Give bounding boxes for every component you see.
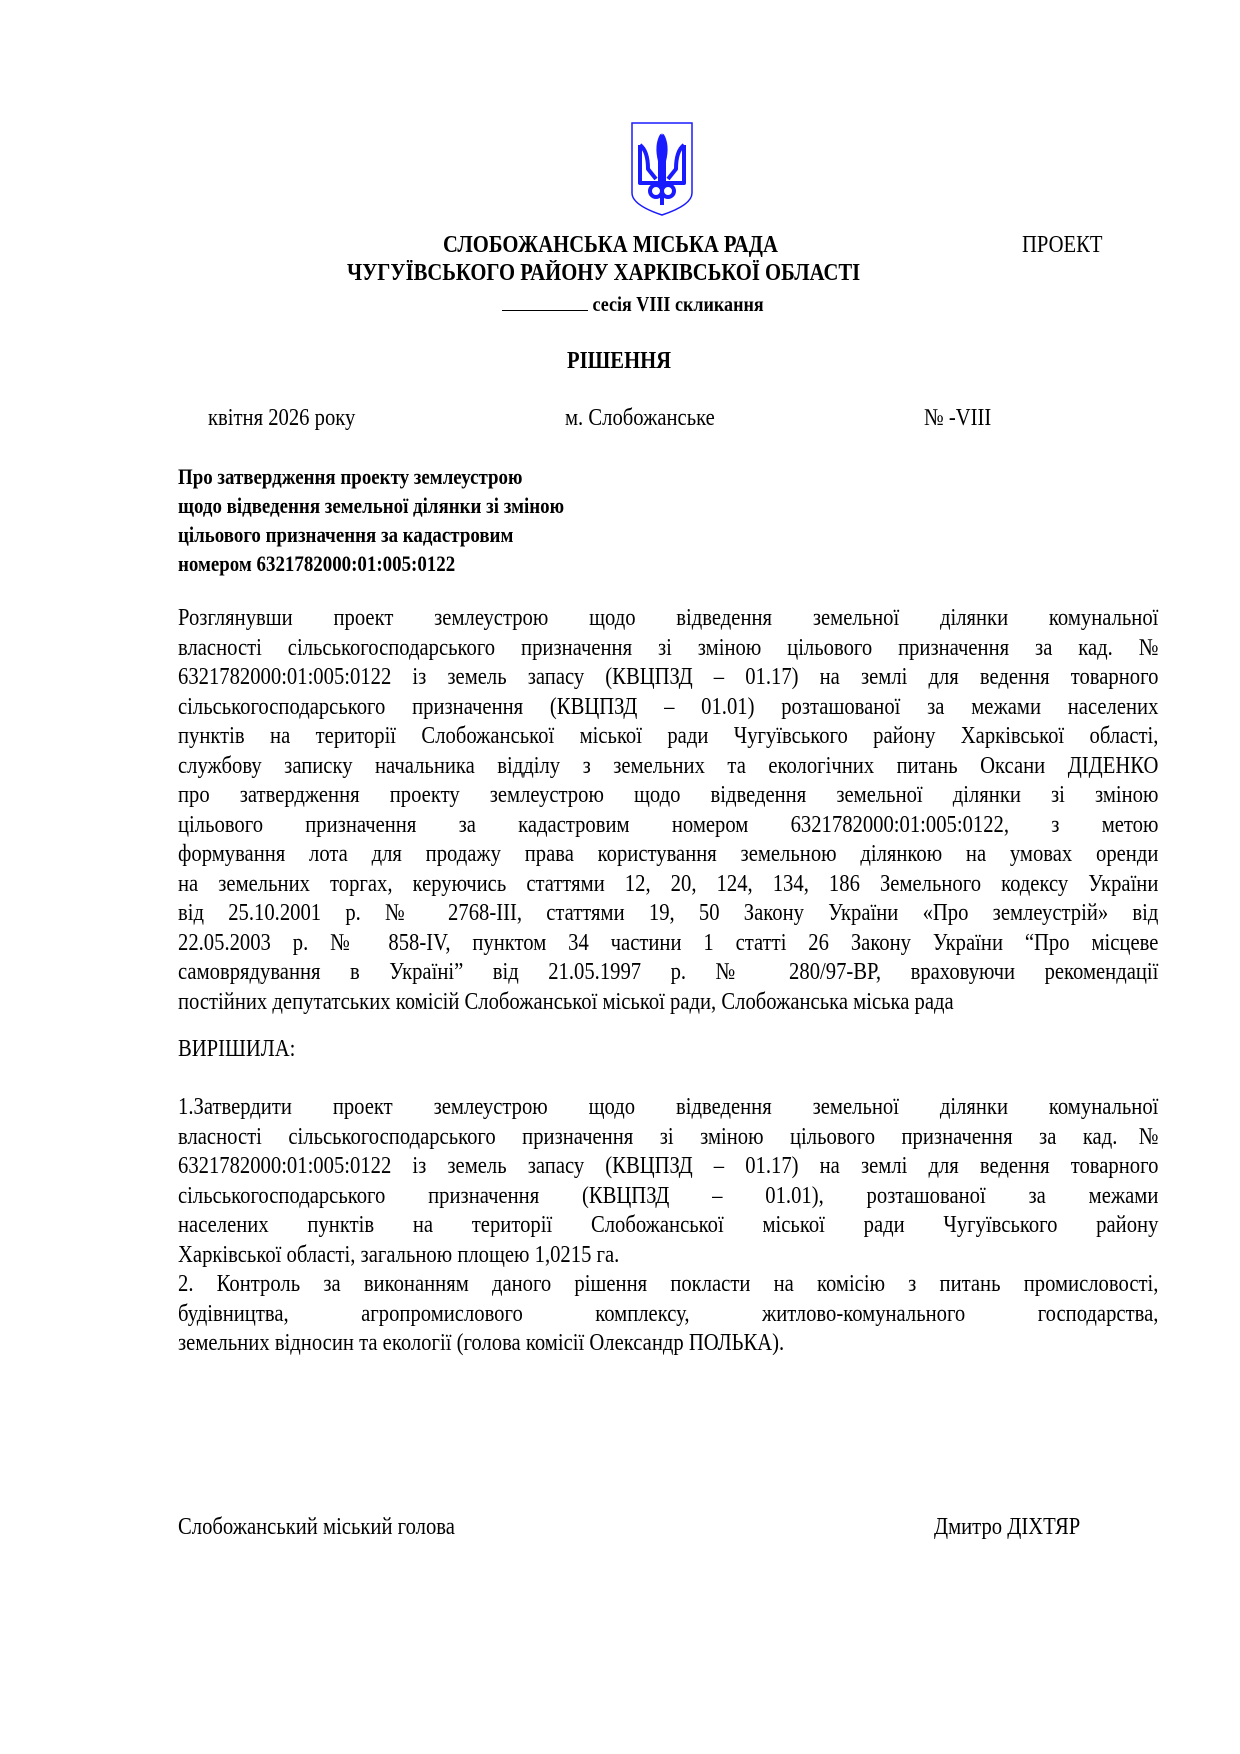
decision-line: сільськогосподарського призначення (КВЦП… (178, 1182, 1158, 1212)
preamble-line: самоврядування в Україні” від 21.05.1997… (178, 958, 1158, 988)
preamble-line: про затвердження проекту землеустрою щод… (178, 781, 1158, 811)
decision-line: 6321782000:01:005:0122 із земель запасу … (178, 1152, 1158, 1182)
session-number-blank (502, 290, 588, 311)
preamble-line: постійних депутатських комісій Слобожанс… (178, 988, 1158, 1018)
preamble-line: службову записку начальника відділу з зе… (178, 752, 1158, 782)
decision-items: 1.Затвердити проект землеустрою щодо від… (178, 1093, 1158, 1359)
signatory-position: Слобожанський міський голова (178, 1514, 455, 1541)
signatory-name: Дмитро ДІХТЯР (934, 1514, 1080, 1541)
preamble-line: формування лота для продажу права корист… (178, 840, 1158, 870)
preamble-line: на земельних торгах, керуючись статтями … (178, 870, 1158, 900)
document-type-title: РІШЕННЯ (567, 348, 671, 375)
resolved-label: ВИРІШИЛА: (178, 1036, 295, 1063)
decision-line: власності сільськогосподарського признач… (178, 1123, 1158, 1153)
decision-line: населених пунктів на території Слобожанс… (178, 1211, 1158, 1241)
subject-line: Про затвердження проекту землеустрою (178, 462, 564, 491)
preamble-line: Розглянувши проект землеустрою щодо відв… (178, 604, 1158, 634)
session-line: сесія VIII скликання (502, 290, 764, 317)
decision-place: м. Слобожанське (565, 405, 715, 432)
decision-line: земельних відносин та екології (голова к… (178, 1329, 1158, 1359)
decision-line: Харківської області, загальною площею 1,… (178, 1241, 1158, 1271)
preamble-line: власності сільськогосподарського признач… (178, 634, 1158, 664)
session-text: сесія VIII скликання (593, 292, 764, 316)
preamble-line: 22.05.2003 р. № 858-ІV, пунктом 34 части… (178, 929, 1158, 959)
decision-line: 2. Контроль за виконанням даного рішення… (178, 1270, 1158, 1300)
subject-line: щодо відведення земельної ділянки зі змі… (178, 491, 564, 520)
preamble-line: від 25.10.2001 р. № 2768-ІІІ, статтями 1… (178, 899, 1158, 929)
preamble-line: пунктів на території Слобожанської міськ… (178, 722, 1158, 752)
decision-date: квітня 2026 року (208, 405, 355, 432)
subject-line: номером 6321782000:01:005:0122 (178, 549, 564, 578)
district-name: ЧУГУЇВСЬКОГО РАЙОНУ ХАРКІВСЬКОЇ ОБЛАСТІ (347, 260, 860, 287)
decision-line: будівництва, агропромислового комплексу,… (178, 1300, 1158, 1330)
draft-label: ПРОЕКТ (1022, 232, 1103, 259)
preamble-line: 6321782000:01:005:0122 із земель запасу … (178, 663, 1158, 693)
decision-number: № -VIII (924, 405, 991, 432)
preamble-line: цільового призначення за кадастровим ном… (178, 811, 1158, 841)
ukraine-trident-coat-of-arms-icon (630, 121, 694, 217)
preamble-line: сільськогосподарського призначення (КВЦП… (178, 693, 1158, 723)
preamble-paragraph: Розглянувши проект землеустрою щодо відв… (178, 604, 1158, 1017)
subject-line: цільового призначення за кадастровим (178, 520, 564, 549)
council-name: СЛОБОЖАНСЬКА МІСЬКА РАДА (443, 232, 778, 259)
decision-line: 1.Затвердити проект землеустрою щодо від… (178, 1093, 1158, 1123)
decision-subject: Про затвердження проекту землеустрою щод… (178, 462, 627, 578)
